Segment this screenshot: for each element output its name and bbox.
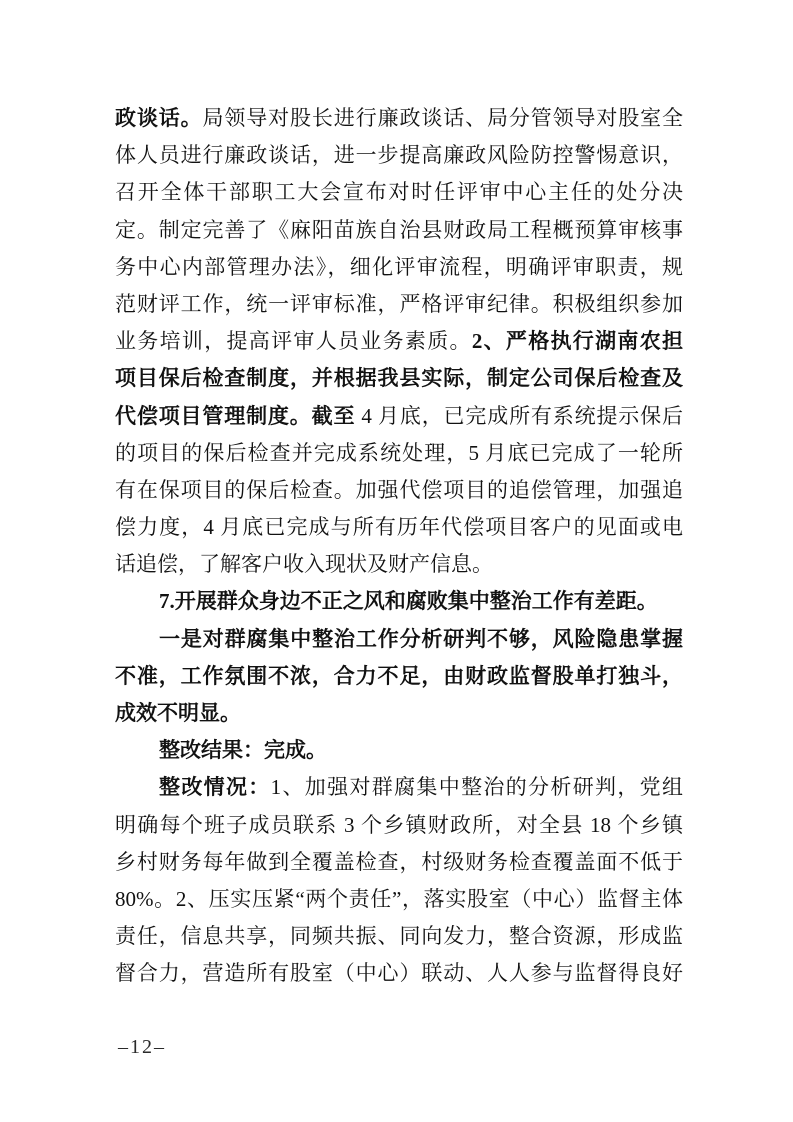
text-run: 话追偿，了解客户收入现状及财产信息。 xyxy=(115,552,493,576)
text-run: 局领导对股长进行廉政谈话、局分管领导对股室全 xyxy=(203,106,683,130)
text-run: 业务培训，提高评审人员业务素质。 xyxy=(115,329,472,353)
text-line: 有在保项目的保后检查。加强代偿项目的追偿管理，加强追 xyxy=(115,472,683,509)
text-run: 偿力度，4 月底已完成与所有历年代偿项目客户的见面或电 xyxy=(115,515,683,539)
text-line: 不准，工作氛围不浓，合力不足，由财政监督股单打独斗， xyxy=(115,658,683,695)
text-line: 乡村财务每年做到全覆盖检查，村级财务检查覆盖面不低于 xyxy=(115,844,683,881)
text-run-bold: 成效不明显。 xyxy=(115,701,241,725)
text-run: 范财评工作，统一评审标准，严格评审纪律。积极组织参加 xyxy=(115,292,683,316)
text-line: 务中心内部管理办法》，细化评审流程，明确评审职责，规 xyxy=(115,249,683,286)
text-run: 定。制定完善了《麻阳苗族自治县财政局工程概预算审核事 xyxy=(115,218,683,242)
body-text: 政谈话。局领导对股长进行廉政谈话、局分管领导对股室全 体人员进行廉政谈话，进一步… xyxy=(115,100,683,993)
text-line: 业务培训，提高评审人员业务素质。2、严格执行湖南农担 xyxy=(115,323,683,360)
text-line: 话追偿，了解客户收入现状及财产信息。 xyxy=(115,546,683,583)
text-run: 务中心内部管理办法》，细化评审流程，明确评审职责，规 xyxy=(115,255,683,279)
text-line: 召开全体干部职工大会宣布对时任评审中心主任的处分决 xyxy=(115,174,683,211)
text-run: 的项目的保后检查并完成系统处理，5 月底已完成了一轮所 xyxy=(115,441,683,465)
text-line: 责任，信息共享，同频共振、同向发力，整合资源，形成监 xyxy=(115,918,683,955)
text-line: 的项目的保后检查并完成系统处理，5 月底已完成了一轮所 xyxy=(115,435,683,472)
page-number: –12– xyxy=(118,1036,166,1059)
text-run-bold: 整改结果：完成。 xyxy=(159,738,327,762)
text-run: 体人员进行廉政谈话，进一步提高廉政风险防控警惕意识， xyxy=(115,143,683,167)
text-run-bold: 不准，工作氛围不浓，合力不足，由财政监督股单打独斗， xyxy=(115,664,683,688)
text-line: 项目保后检查制度，并根据我县实际，制定公司保后检查及 xyxy=(115,360,683,397)
text-line: 督合力，营造所有股室（中心）联动、人人参与监督得良好 xyxy=(115,955,683,992)
text-line: 定。制定完善了《麻阳苗族自治县财政局工程概预算审核事 xyxy=(115,212,683,249)
text-line: 政谈话。局领导对股长进行廉政谈话、局分管领导对股室全 xyxy=(115,100,683,137)
rectification-result-line: 整改结果：完成。 xyxy=(115,732,683,769)
text-run: 1、加强对群腐集中整治的分析研判，党组 xyxy=(271,775,683,799)
text-run: 召开全体干部职工大会宣布对时任评审中心主任的处分决 xyxy=(115,180,683,204)
rectification-status-line: 整改情况：1、加强对群腐集中整治的分析研判，党组 xyxy=(115,769,683,806)
text-line: 成效不明显。 xyxy=(115,695,683,732)
text-line: 偿力度，4 月底已完成与所有历年代偿项目客户的见面或电 xyxy=(115,509,683,546)
text-run-bold: 整改情况： xyxy=(159,775,271,799)
text-run-bold: 代偿项目管理制度。截至 xyxy=(115,404,355,428)
text-run: 80%。2、压实压紧“两个责任”，落实股室（中心）监督主体 xyxy=(115,887,683,911)
section-heading: 7.开展群众身边不正之风和腐败集中整治工作有差距。 xyxy=(115,583,683,620)
text-run-bold: 7.开展群众身边不正之风和腐败集中整治工作有差距。 xyxy=(159,589,658,613)
text-line: 明确每个班子成员联系 3 个乡镇财政所，对全县 18 个乡镇 xyxy=(115,807,683,844)
text-line: 范财评工作，统一评审标准，严格评审纪律。积极组织参加 xyxy=(115,286,683,323)
text-run-bold: 项目保后检查制度，并根据我县实际，制定公司保后检查及 xyxy=(115,366,683,390)
text-line: 体人员进行廉政谈话，进一步提高廉政风险防控警惕意识， xyxy=(115,137,683,174)
text-run-bold: 一是对群腐集中整治工作分析研判不够，风险隐患掌握 xyxy=(159,627,683,651)
text-run: 督合力，营造所有股室（中心）联动、人人参与监督得良好 xyxy=(115,961,683,985)
document-page: 政谈话。局领导对股长进行廉政谈话、局分管领导对股室全 体人员进行廉政谈话，进一步… xyxy=(0,0,793,1122)
text-run: 明确每个班子成员联系 3 个乡镇财政所，对全县 18 个乡镇 xyxy=(115,813,683,837)
text-line: 一是对群腐集中整治工作分析研判不够，风险隐患掌握 xyxy=(115,621,683,658)
text-run-bold: 2、严格执行湖南农担 xyxy=(472,329,683,353)
text-run: 有在保项目的保后检查。加强代偿项目的追偿管理，加强追 xyxy=(115,478,683,502)
text-run: 责任，信息共享，同频共振、同向发力，整合资源，形成监 xyxy=(115,924,683,948)
text-run: 4 月底，已完成所有系统提示保后 xyxy=(355,404,683,428)
text-line: 80%。2、压实压紧“两个责任”，落实股室（中心）监督主体 xyxy=(115,881,683,918)
text-run-bold: 政谈话。 xyxy=(115,106,203,130)
text-run: 乡村财务每年做到全覆盖检查，村级财务检查覆盖面不低于 xyxy=(115,850,683,874)
text-line: 代偿项目管理制度。截至 4 月底，已完成所有系统提示保后 xyxy=(115,398,683,435)
